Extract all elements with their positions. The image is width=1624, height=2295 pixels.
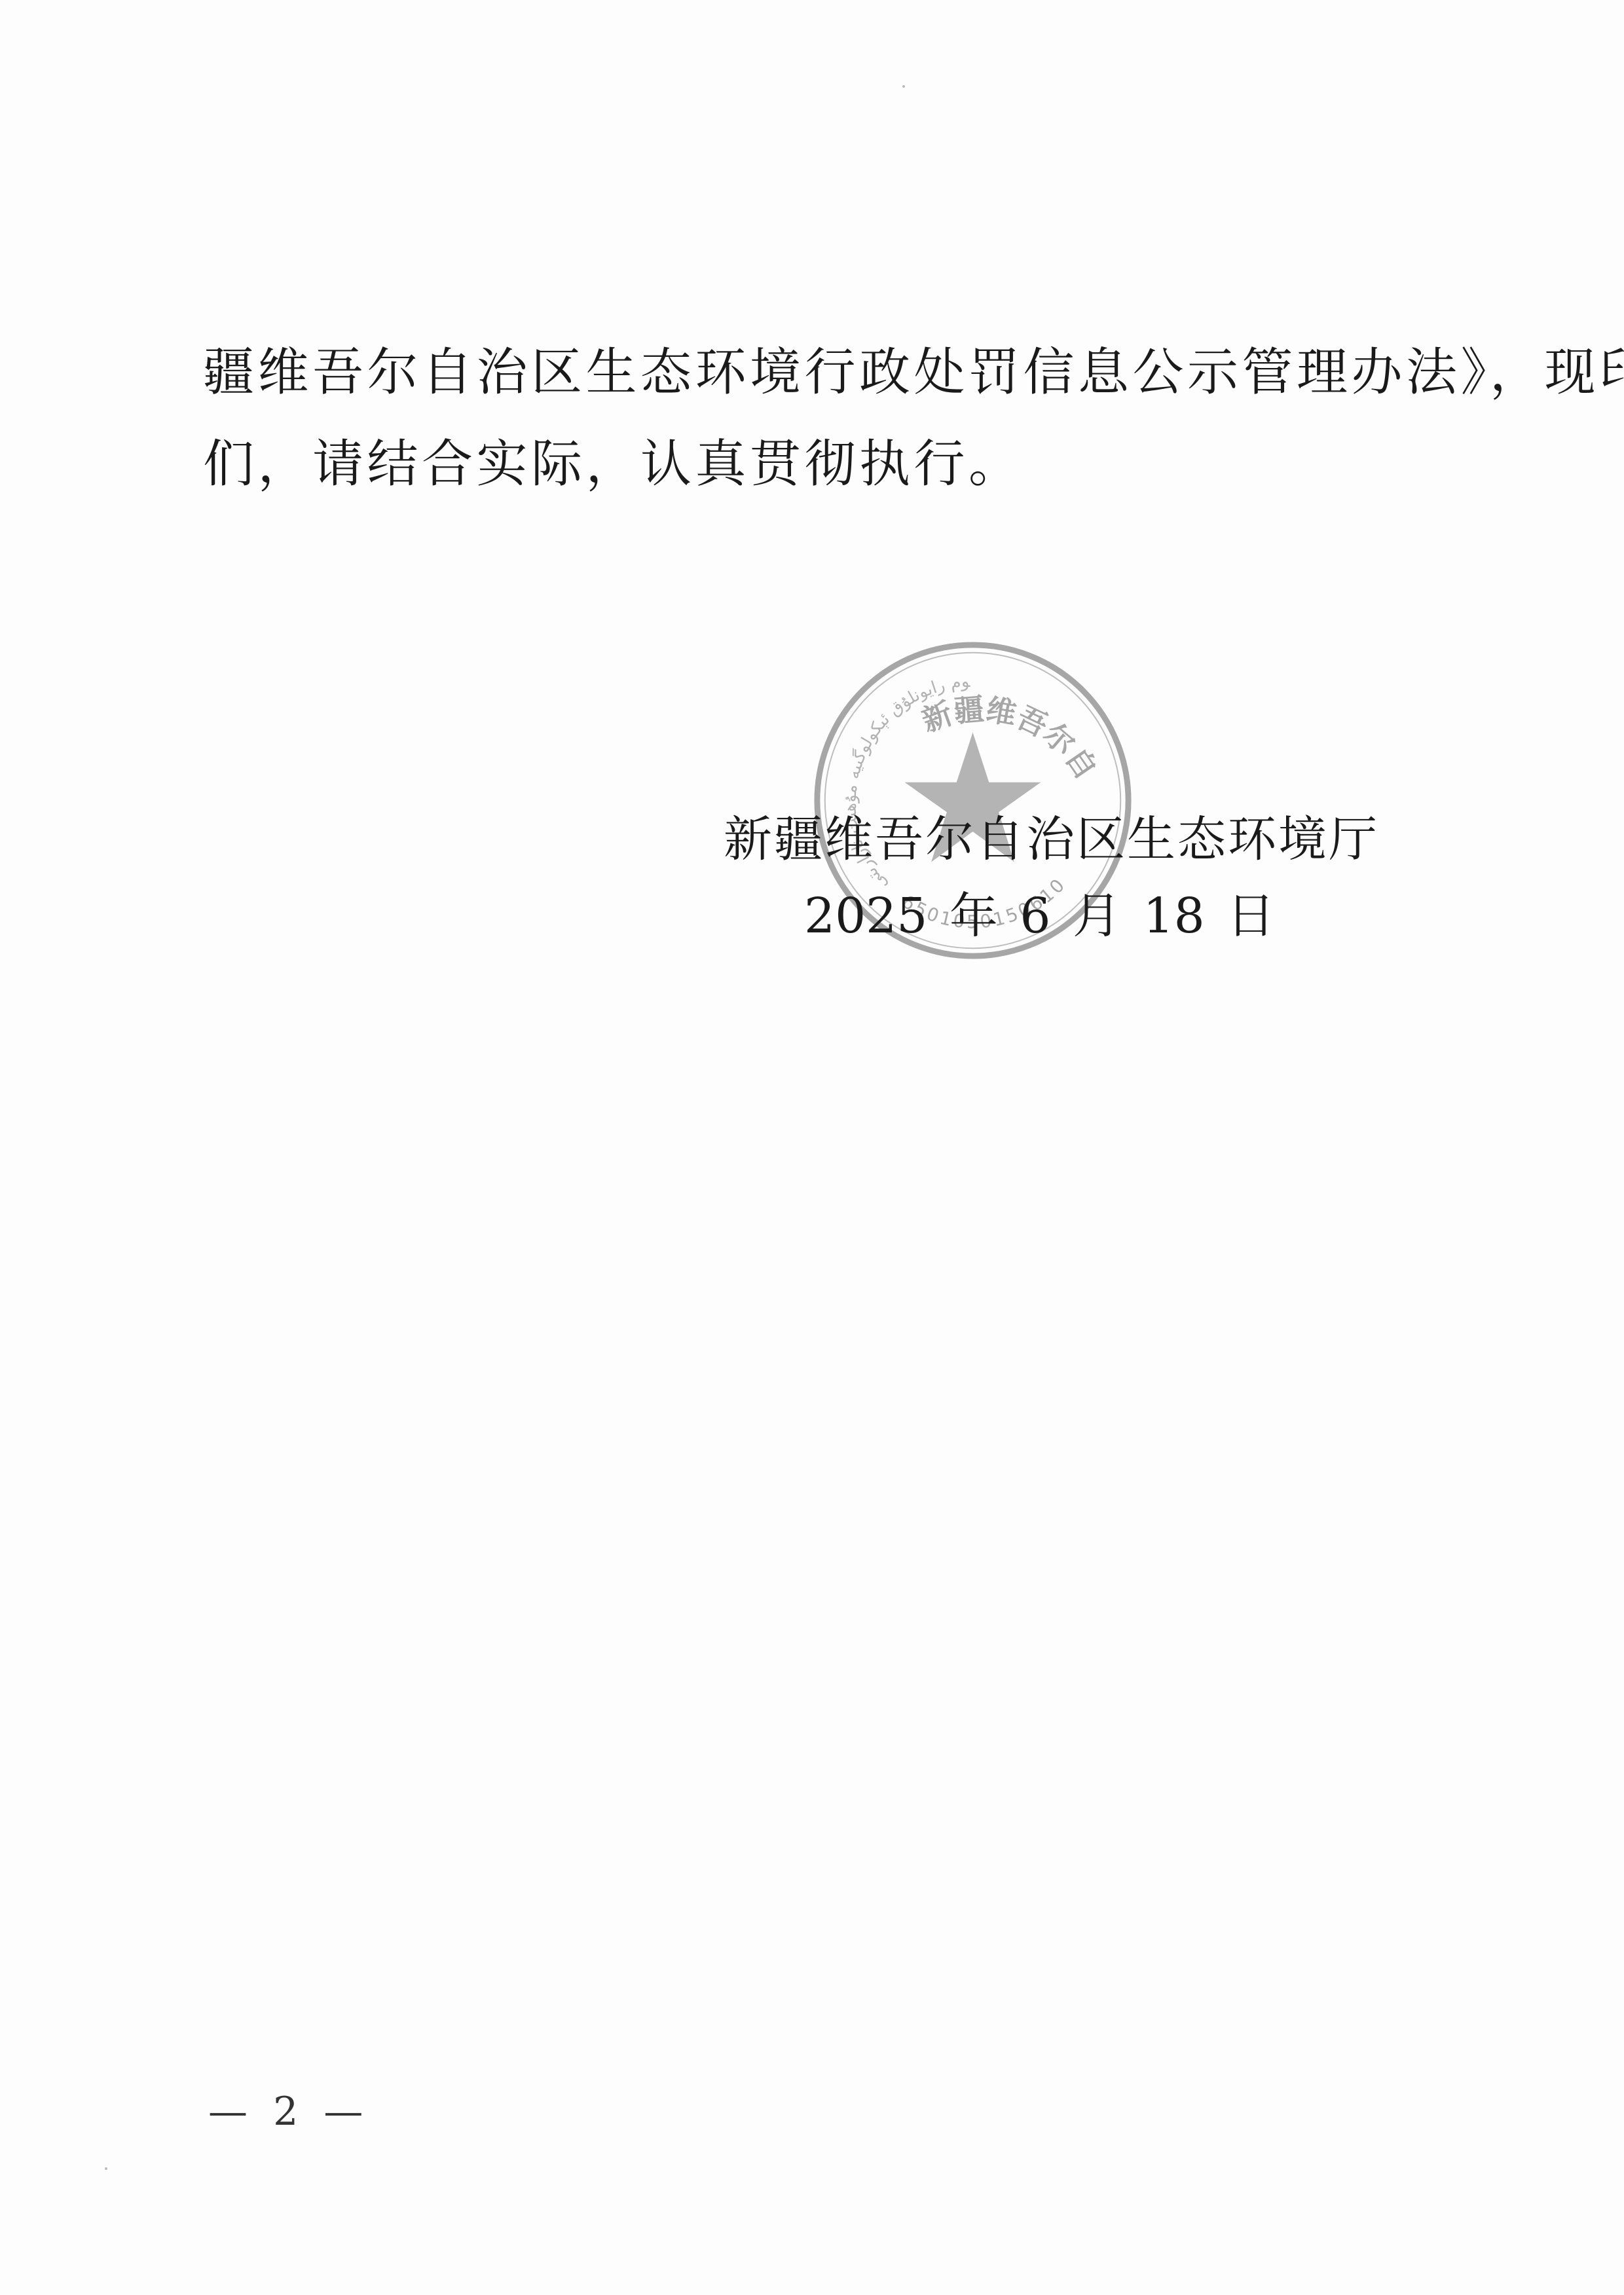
document-page: 疆维吾尔自治区生态环境行政处罚信息公示管理办法》，现印发你 们，请结合实际，认真… (0, 0, 1624, 2295)
scan-speck (902, 85, 905, 88)
issuer-signature: 新疆维吾尔自治区生态环境厅 (724, 815, 1379, 864)
body-text-line-1: 疆维吾尔自治区生态环境行政处罚信息公示管理办法》，现印发你 (203, 347, 1624, 398)
issue-date: 2025 年 6 月 18 日 (804, 892, 1275, 940)
scan-speck (105, 2167, 107, 2170)
page-number: — 2 — (208, 2092, 369, 2131)
body-text-line-2: 们，请结合实际，认真贯彻执行。 (203, 439, 1024, 490)
